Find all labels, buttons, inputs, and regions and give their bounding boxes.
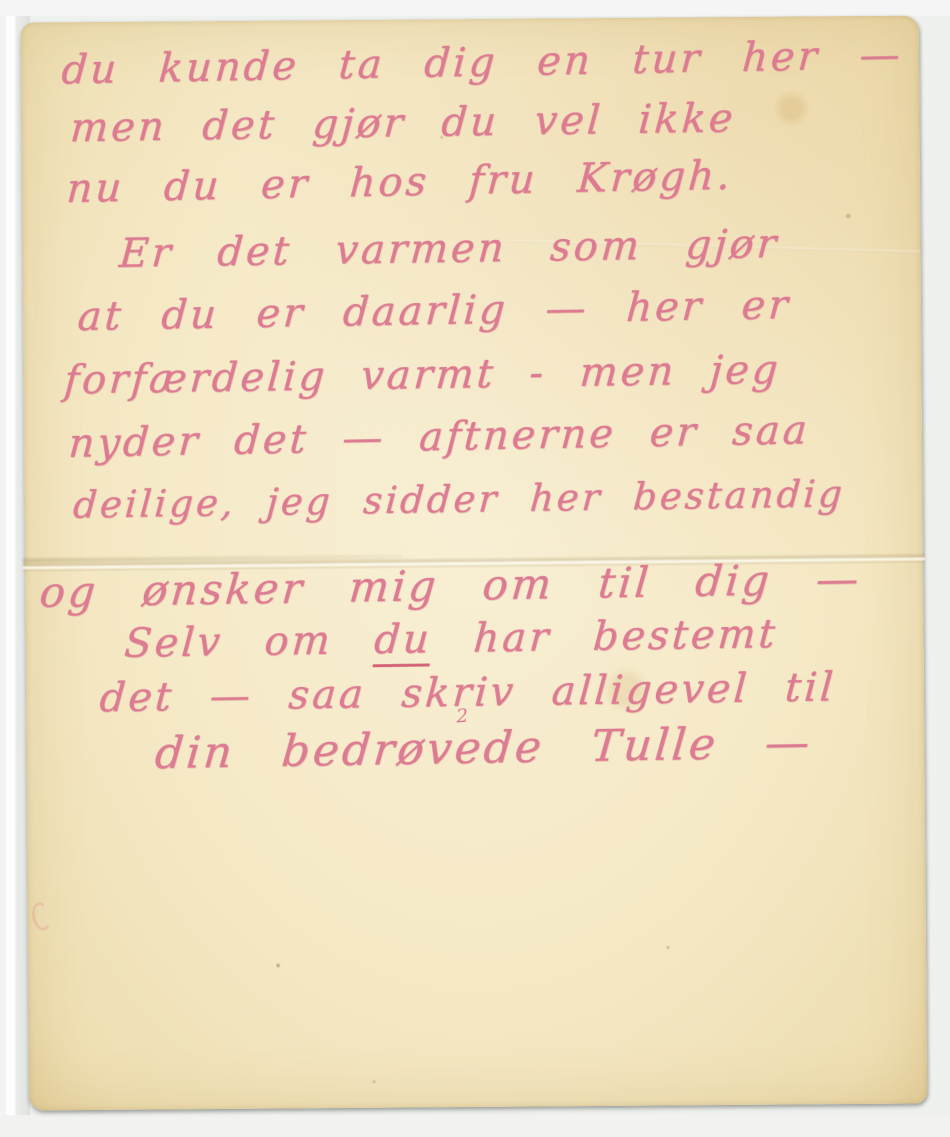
letter-line: at du er daarlig — her er [76,285,792,337]
letter-line: Selv om du har bestemt [123,614,779,664]
scanner-background-bottom [0,1115,950,1137]
letter-line: forfærdelig varmt - men jeg [63,350,782,401]
letter-line: deilige, jeg sidder her bestandig [72,475,846,523]
letter-line: du kunde ta dig en tur her — [60,35,904,90]
letter-line: nyder det — aftnerne er saa [67,410,811,464]
letter-page: du kunde ta dig en tur her — men det gjø… [21,15,928,1110]
ink-smudge-mark [30,901,53,932]
letter-line: men det gjør du vel ikke [69,99,737,149]
letter-line: og ønsker mig om til dig — [38,558,863,614]
letter-line-segment: Selv om [123,617,376,667]
underlined-word: du [373,616,434,667]
scanner-background-top [0,0,950,16]
insertion-mark: 2 [455,705,469,728]
letter-line: nu du er hos fru Krøgh. [65,156,734,209]
letter-line: Er det varmen som gjør [118,224,780,274]
letter-line-signature: din bedrøvede Tulle — [153,721,814,776]
letter-line-segment: har bestemt [430,611,779,662]
